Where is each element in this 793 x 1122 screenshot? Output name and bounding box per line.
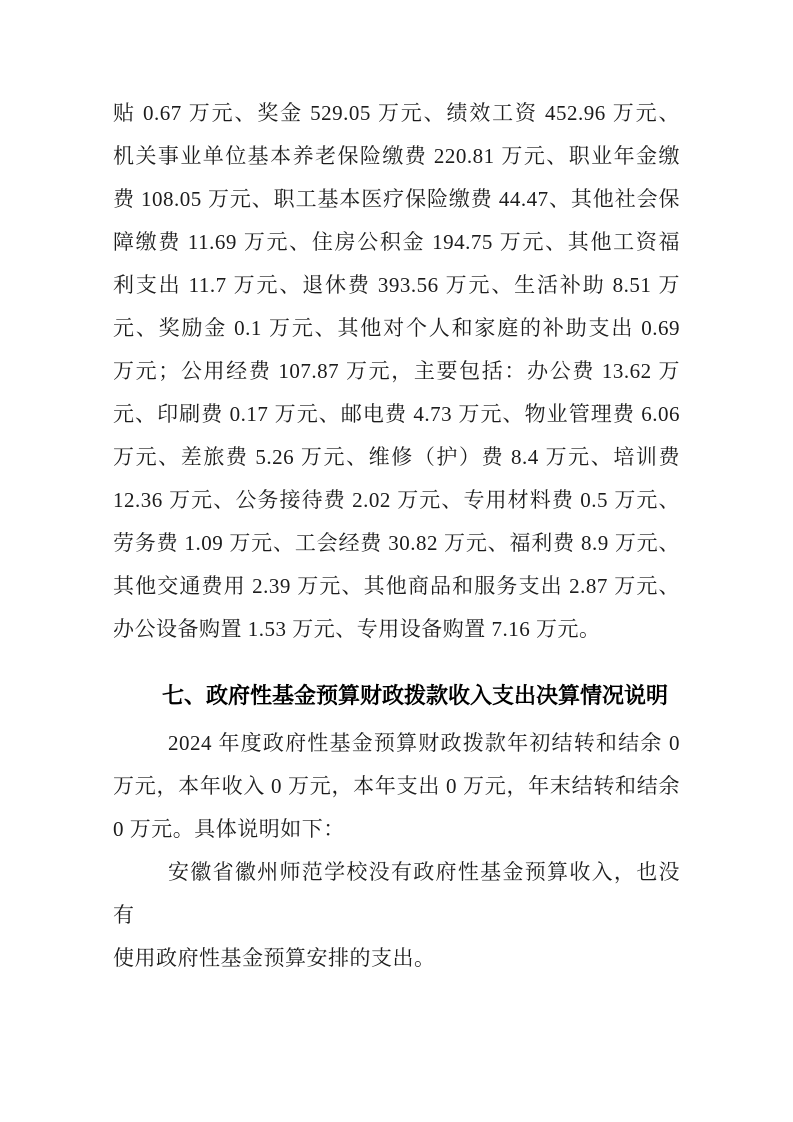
- text-line: 使用政府性基金预算安排的支出。: [113, 937, 680, 980]
- section-heading: 七、政府性基金预算财政拨款收入支出决算情况说明: [113, 674, 680, 717]
- note-paragraph: 安徽省徽州师范学校没有政府性基金预算收入，也没有 使用政府性基金预算安排的支出。: [113, 851, 680, 980]
- summary-paragraph: 2024 年度政府性基金预算财政拨款年初结转和结余 0 万元，本年收入 0 万元…: [113, 722, 680, 851]
- text-line: 2024 年度政府性基金预算财政拨款年初结转和结余 0: [113, 722, 680, 765]
- text-line: 安徽省徽州师范学校没有政府性基金预算收入，也没有: [113, 851, 680, 937]
- text-line: 机关事业单位基本养老保险缴费 220.81 万元、职业年金缴: [113, 135, 680, 178]
- text-line: 元、印刷费 0.17 万元、邮电费 4.73 万元、物业管理费 6.06: [113, 393, 680, 436]
- page-content: 贴 0.67 万元、奖金 529.05 万元、绩效工资 452.96 万元、 机…: [113, 92, 680, 980]
- text-line: 费 108.05 万元、职工基本医疗保险缴费 44.47、其他社会保: [113, 178, 680, 221]
- text-line: 12.36 万元、公务接待费 2.02 万元、专用材料费 0.5 万元、: [113, 479, 680, 522]
- document-page: 贴 0.67 万元、奖金 529.05 万元、绩效工资 452.96 万元、 机…: [0, 0, 793, 1122]
- text-line: 办公设备购置 1.53 万元、专用设备购置 7.16 万元。: [113, 608, 680, 651]
- text-line: 元、奖励金 0.1 万元、其他对个人和家庭的补助支出 0.69: [113, 307, 680, 350]
- text-line: 万元，本年收入 0 万元，本年支出 0 万元，年末结转和结余: [113, 765, 680, 808]
- continued-paragraph: 贴 0.67 万元、奖金 529.05 万元、绩效工资 452.96 万元、 机…: [113, 92, 680, 651]
- text-line: 贴 0.67 万元、奖金 529.05 万元、绩效工资 452.96 万元、: [113, 92, 680, 135]
- text-line: 万元；公用经费 107.87 万元，主要包括：办公费 13.62 万: [113, 350, 680, 393]
- text-line: 劳务费 1.09 万元、工会经费 30.82 万元、福利费 8.9 万元、: [113, 522, 680, 565]
- text-line: 利支出 11.7 万元、退休费 393.56 万元、生活补助 8.51 万: [113, 264, 680, 307]
- text-line: 万元、差旅费 5.26 万元、维修（护）费 8.4 万元、培训费: [113, 436, 680, 479]
- text-line: 0 万元。具体说明如下：: [113, 808, 680, 851]
- text-line: 其他交通费用 2.39 万元、其他商品和服务支出 2.87 万元、: [113, 565, 680, 608]
- text-line: 障缴费 11.69 万元、住房公积金 194.75 万元、其他工资福: [113, 221, 680, 264]
